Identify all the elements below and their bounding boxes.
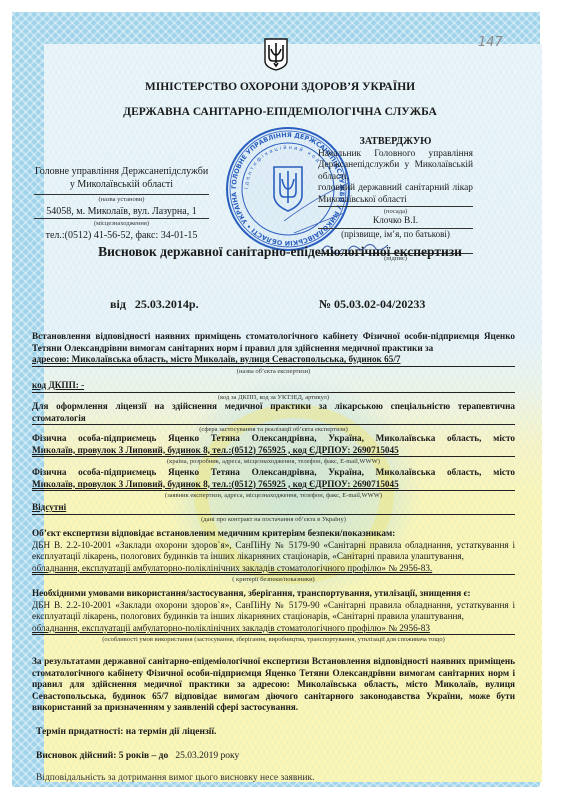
scope: Для оформлення ліцензії на здійснення ме… — [32, 401, 515, 434]
approval-position-line2: Держсанепідслужби у Миколаївській област… — [318, 160, 473, 183]
valid-suffix: року — [220, 751, 239, 761]
expertise-object-address: адресою: Миколаївська область, місто Мик… — [32, 354, 515, 367]
valid-until: Висновок дійсний: 5 років – до 25.03.201… — [36, 751, 239, 761]
conditions-caption: (особливості умов використання (застосув… — [32, 635, 515, 644]
contract-value: Відсутні — [32, 502, 515, 515]
date-label: від — [110, 297, 126, 311]
handwritten-page-number: 147 — [478, 35, 503, 50]
institution-block: Головне управління Держсанепідслужби у М… — [34, 165, 209, 242]
producer: Фізична особа-підприємець Яценко Тетяна … — [32, 433, 515, 466]
conditions-heading: Необхідними умовами використання/застосу… — [32, 588, 515, 600]
approval-name-caption: (прізвище, ім’я, по батькові) — [318, 229, 473, 241]
approval-position-line4: Миколаївської області — [318, 195, 473, 207]
scope-text: Для оформлення ліцензії на здійснення ме… — [32, 401, 515, 425]
conditions-text: ДБН В. 2.2-10-2001 «Заклади охорони здор… — [32, 600, 515, 623]
producer-caption: (країна, розробник, адреса, місцезнаходж… — [32, 457, 515, 466]
ministry-heading: МІНІСТЕРСТВО ОХОРОНИ ЗДОРОВ’Я УКРАЇНИ — [44, 81, 516, 93]
dkpp-value: код ДКПП: - — [32, 380, 515, 393]
producer-line1: Фізична особа-підприємець Яценко Тетяна … — [32, 433, 515, 445]
approval-position-line1: Начальник Головного управління — [318, 149, 473, 161]
approval-name: Клочко В.І. — [318, 216, 473, 228]
coat-of-arms-trident-icon — [263, 37, 289, 71]
dkpp-code: код ДКПП: - (код за ДКПП, код за УКТЗЕД,… — [32, 380, 515, 402]
service-heading: ДЕРЖАВНА САНІТАРНО-ЕПІДЕМІОЛОГІЧНА СЛУЖБ… — [44, 106, 516, 118]
applicant-line2: Миколаїв, провулок 3 Липовий, будинок 8,… — [32, 479, 515, 492]
validity-term: Термін придатності: на термін дії ліценз… — [36, 727, 216, 737]
conclusion: За результатами державної санітарно-епід… — [32, 656, 515, 714]
approval-position-caption: (посада) — [318, 207, 473, 216]
criteria-caption: ( критерії безпеки/показники) — [32, 575, 515, 584]
applicant: Фізична особа-підприємець Яценко Тетяна … — [32, 467, 515, 500]
criteria-text: ДБН В. 2.2-10-2001 «Заклади охорони здор… — [32, 540, 515, 563]
valid-date: 25.03.2019 — [175, 751, 218, 761]
valid-label: Висновок дійсний: 5 років – до — [36, 751, 168, 761]
expertise-object-text: Встановлення відповідності наявних примі… — [32, 331, 515, 354]
responsibility-note: Відповідальність за дотримання вимог цьо… — [36, 773, 314, 783]
approval-position-line3: головний державний санітарний лікар — [318, 183, 473, 195]
date-value: 25.03.2014р. — [135, 297, 199, 311]
producer-line2: Миколаїв, провулок 3 Липовий, будинок 8,… — [32, 445, 515, 458]
conditions-text-last: обладнання, експлуатації амбулаторно-пол… — [32, 623, 515, 636]
conditions: Необхідними умовами використання/застосу… — [32, 588, 515, 644]
expertise-object-caption: (назва об’єкта експертизи) — [32, 367, 515, 376]
criteria-text-last: обладнання, експлуатації амбулаторно-пол… — [32, 563, 515, 576]
applicant-line1: Фізична особа-підприємець Яценко Тетяна … — [32, 467, 515, 479]
institution-address: 54058, м. Миколаїв, вул. Лазурна, 1 — [34, 205, 209, 218]
document-date: від 25.03.2014р. — [110, 297, 199, 312]
applicant-caption: (заявник експертизи, адреса, місцезнаход… — [32, 491, 515, 500]
institution-phone: тел.:(0512) 41-56-52, факс: 34-01-15 — [34, 229, 209, 242]
document-number: № 05.03.02-04/20233 — [319, 297, 425, 312]
criteria: Об’єкт експертизи відповідає встановлени… — [32, 528, 515, 584]
criteria-heading: Об’єкт експертизи відповідає встановлени… — [32, 528, 515, 540]
contract: Відсутні (дані про контракт на постачанн… — [32, 502, 515, 524]
conclusion-text: За результатами державної санітарно-епід… — [32, 656, 515, 714]
contract-caption: (дані про контракт на постачання об’єкта… — [32, 515, 515, 524]
institution-name-line2: у Миколаївській області — [34, 178, 209, 191]
institution-name-caption: (назва установи) — [34, 195, 209, 204]
document-title: Висновок державної санітарно-епідеміолог… — [44, 244, 516, 260]
institution-address-caption: (місцезнаходження) — [34, 219, 209, 228]
approval-title: ЗАТВЕРДЖУЮ — [318, 136, 473, 148]
expertise-object: Встановлення відповідності наявних примі… — [32, 331, 515, 376]
institution-name-line1: Головне управління Держсанепідслужби — [34, 165, 209, 178]
